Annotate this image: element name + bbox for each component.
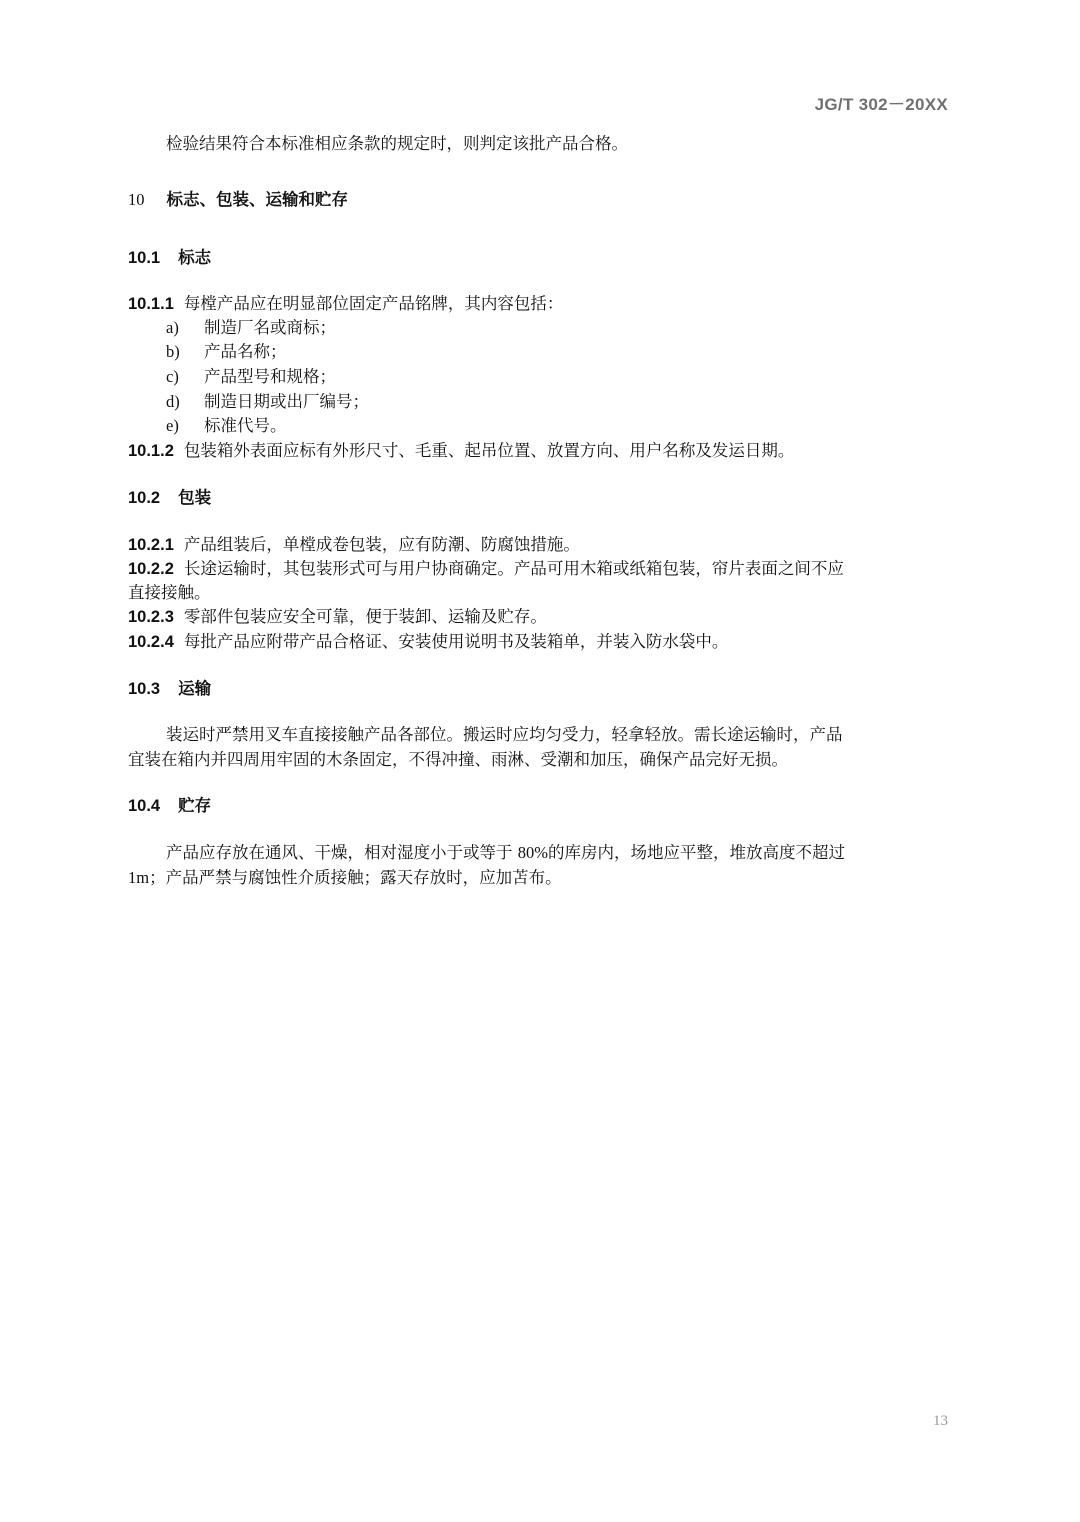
section-title: 贮存: [178, 796, 211, 815]
storage-text: 的库房内，场地应平整，堆放高度不超过: [548, 843, 845, 862]
section-heading-10-1: 10.1标志: [128, 246, 211, 270]
storage-text: ；产品严禁与腐蚀性介质接触；露天存放时，应加苫布。: [149, 868, 562, 887]
section-number: 10.1: [128, 249, 160, 267]
chapter-title: 标志、包装、运输和贮存: [167, 190, 349, 209]
chapter-number: 10: [128, 190, 145, 209]
page-number: 13: [933, 1413, 948, 1430]
clause-10-2-2: 10.2.2长途运输时，其包装形式可与用户协商确定。产品可用木箱或纸箱包装，帘片…: [128, 557, 844, 581]
clause-text: 长途运输时，其包装形式可与用户协商确定。产品可用木箱或纸箱包装，帘片表面之间不应: [184, 559, 844, 578]
list-item: c)产品型号和规格；: [166, 365, 336, 389]
clause-number: 10.2.4: [128, 633, 174, 651]
clause-10-2-2-continuation: 直接接触。: [128, 581, 211, 605]
list-item-letter: a): [166, 316, 204, 340]
standard-code-header: JG/T 302－20XX: [815, 90, 948, 115]
clause-number: 10.1.2: [128, 442, 174, 460]
list-item: e)标准代号。: [166, 414, 287, 438]
clause-text: 每批产品应附带产品合格证、安装使用说明书及装箱单，并装入防水袋中。: [184, 632, 729, 651]
height-value: 1m: [128, 868, 149, 887]
clause-text: 每樘产品应在明显部位固定产品铭牌，其内容包括：: [184, 294, 564, 313]
section-title: 包装: [178, 488, 211, 507]
list-item: b)产品名称；: [166, 340, 287, 364]
storage-paragraph-line-2: 1m；产品严禁与腐蚀性介质接触；露天存放时，应加苫布。: [128, 866, 562, 890]
list-item-letter: c): [166, 365, 204, 389]
clause-number: 10.2.2: [128, 560, 174, 578]
storage-text: 产品应存放在通风、干燥，相对湿度小于或等于: [166, 843, 518, 862]
chapter-heading: 10标志、包装、运输和贮存: [128, 188, 348, 212]
section-heading-10-3: 10.3运输: [128, 677, 211, 701]
section-heading-10-2: 10.2包装: [128, 486, 211, 510]
section-title: 运输: [178, 679, 211, 698]
storage-paragraph-line-1: 产品应存放在通风、干燥，相对湿度小于或等于 80%的库房内，场地应平整，堆放高度…: [166, 841, 845, 865]
list-item-text: 制造厂名或商标；: [204, 318, 336, 337]
humidity-value: 80%: [518, 843, 548, 862]
list-item: d)制造日期或出厂编号；: [166, 390, 369, 414]
clause-text: 零部件包装应安全可靠，便于装卸、运输及贮存。: [184, 607, 547, 626]
clause-10-2-4: 10.2.4每批产品应附带产品合格证、安装使用说明书及装箱单，并装入防水袋中。: [128, 630, 728, 654]
section-number: 10.2: [128, 489, 160, 507]
clause-10-1-2: 10.1.2包装箱外表面应标有外形尺寸、毛重、起吊位置、放置方向、用户名称及发运…: [128, 439, 794, 463]
list-item-letter: b): [166, 340, 204, 364]
section-number: 10.4: [128, 797, 160, 815]
list-item-text: 制造日期或出厂编号；: [204, 392, 369, 411]
section-title: 标志: [178, 248, 211, 267]
list-item-letter: e): [166, 414, 204, 438]
clause-number: 10.1.1: [128, 295, 174, 313]
list-item-letter: d): [166, 390, 204, 414]
section-number: 10.3: [128, 680, 160, 698]
clause-10-1-1: 10.1.1每樘产品应在明显部位固定产品铭牌，其内容包括：: [128, 292, 563, 316]
clause-number: 10.2.1: [128, 536, 174, 554]
transport-paragraph-line-2: 宜装在箱内并四周用牢固的木条固定，不得冲撞、雨淋、受潮和加压，确保产品完好无损。: [128, 748, 788, 772]
list-item-text: 产品型号和规格；: [204, 367, 336, 386]
intro-paragraph: 检验结果符合本标准相应条款的规定时，则判定该批产品合格。: [166, 132, 628, 156]
list-item-text: 产品名称；: [204, 342, 287, 361]
clause-text: 包装箱外表面应标有外形尺寸、毛重、起吊位置、放置方向、用户名称及发运日期。: [184, 441, 795, 460]
clause-10-2-3: 10.2.3零部件包装应安全可靠，便于装卸、运输及贮存。: [128, 605, 547, 629]
list-item: a)制造厂名或商标；: [166, 316, 336, 340]
list-item-text: 标准代号。: [204, 416, 287, 435]
section-heading-10-4: 10.4贮存: [128, 794, 211, 818]
clause-10-2-1: 10.2.1产品组装后，单樘成卷包装，应有防潮、防腐蚀措施。: [128, 533, 580, 557]
clause-number: 10.2.3: [128, 608, 174, 626]
clause-text: 产品组装后，单樘成卷包装，应有防潮、防腐蚀措施。: [184, 535, 580, 554]
transport-paragraph-line-1: 装运时严禁用叉车直接接触产品各部位。搬运时应均匀受力，轻拿轻放。需长途运输时，产…: [166, 723, 843, 747]
